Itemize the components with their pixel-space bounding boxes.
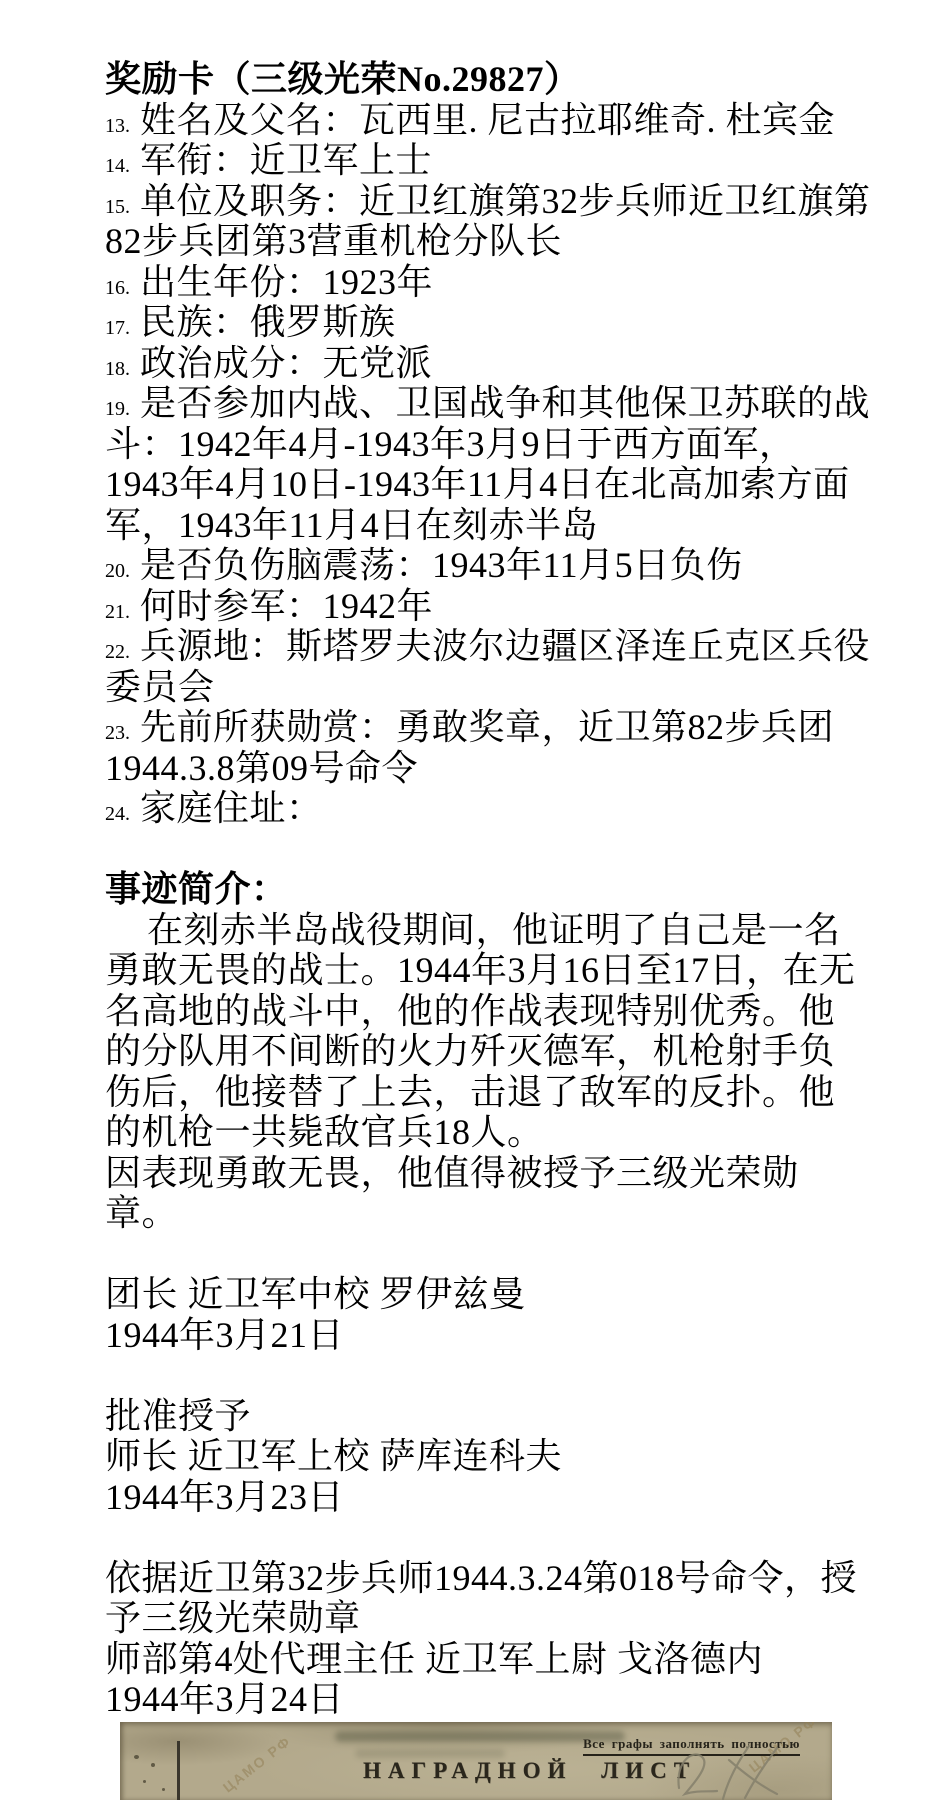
item-number: 24.: [105, 803, 130, 825]
paper-stain: [162, 1788, 165, 1791]
handwritten-mark: [665, 1742, 795, 1800]
text-line: [105, 829, 938, 870]
text-line: 伤后，他接替了上去，击退了敌军的反扑。他: [105, 1072, 938, 1113]
bleedthrough-smudge: [355, 1749, 505, 1758]
text-line: 军，1943年11月4日在刻赤半岛: [105, 505, 938, 546]
text-line: 22.兵源地：斯塔罗夫波尔边疆区泽连丘克区兵役: [105, 626, 938, 667]
text-line: 名高地的战斗中，他的作战表现特别优秀。他: [105, 991, 938, 1032]
text-line: 18.政治成分：无党派: [105, 343, 938, 384]
item-number: 22.: [105, 641, 130, 663]
text-line: [105, 1517, 938, 1558]
text-line: 21.何时参军：1942年: [105, 586, 938, 627]
text-line: 1944年3月23日: [105, 1477, 938, 1518]
text-line: 因表现勇敢无畏，他值得被授予三级光荣勋: [105, 1153, 938, 1194]
archive-watermark: ЦАМО РФ: [220, 1732, 294, 1795]
text-line: [105, 1234, 938, 1275]
text-line: 团长 近卫军中校 罗伊兹曼: [105, 1274, 938, 1315]
scanned-document-image: ЦАМО РФ ЦАМО РФ Все графы заполнять полн…: [120, 1722, 832, 1800]
item-number: 21.: [105, 601, 130, 623]
text-line: 13.姓名及父名：瓦西里. 尼古拉耶维奇. 杜宾金: [105, 100, 938, 141]
text-line: 15.单位及职务：近卫红旗第32步兵师近卫红旗第: [105, 181, 938, 222]
text-line: [105, 1355, 938, 1396]
text-line: 23.先前所获勋赏：勇敢奖章，近卫第82步兵团: [105, 707, 938, 748]
award-card-text: 奖励卡（三级光荣No.29827）13.姓名及父名：瓦西里. 尼古拉耶维奇. 杜…: [105, 59, 938, 1720]
text-line: 章。: [105, 1193, 938, 1234]
text-line: 20.是否负伤脑震荡：1943年11月5日负伤: [105, 545, 938, 586]
bleedthrough-smudge: [335, 1731, 625, 1742]
item-number: 15.: [105, 196, 130, 218]
text-line: 14.军衔：近卫军上士: [105, 140, 938, 181]
item-number: 13.: [105, 115, 130, 137]
item-number: 19.: [105, 398, 130, 420]
text-line: 予三级光荣勋章: [105, 1598, 938, 1639]
text-line: 17.民族：俄罗斯族: [105, 302, 938, 343]
text-line: 斗：1942年4月-1943年3月9日于西方面军，: [105, 424, 938, 465]
item-number: 16.: [105, 277, 130, 299]
paper-stain: [151, 1763, 155, 1767]
text-line: 24.家庭住址：: [105, 788, 938, 829]
text-line: 依据近卫第32步兵师1944.3.24第018号命令，授: [105, 1558, 938, 1599]
paper-stain: [143, 1780, 146, 1783]
text-line: 在刻赤半岛战役期间，他证明了自己是一名: [105, 910, 938, 951]
item-number: 17.: [105, 317, 130, 339]
paper-stain: [134, 1755, 139, 1759]
text-line: 勇敢无畏的战士。1944年3月16日至17日，在无: [105, 950, 938, 991]
text-line: 委员会: [105, 667, 938, 708]
item-number: 14.: [105, 155, 130, 177]
text-line: 师长 近卫军上校 萨库连科夫: [105, 1436, 938, 1477]
text-line: 的分队用不间断的火力歼灭德军，机枪射手负: [105, 1031, 938, 1072]
nagradnoy-list-title: НАГРАДНОЙ ЛИСТ: [363, 1758, 696, 1784]
text-line: 19.是否参加内战、卫国战争和其他保卫苏联的战: [105, 383, 938, 424]
item-number: 23.: [105, 722, 130, 744]
margin-line: [177, 1741, 180, 1800]
text-line: 1943年4月10日-1943年11月4日在北高加索方面: [105, 464, 938, 505]
item-number: 18.: [105, 358, 130, 380]
page: 奖励卡（三级光荣No.29827）13.姓名及父名：瓦西里. 尼古拉耶维奇. 杜…: [0, 0, 938, 1800]
text-line: 事迹简介：: [105, 869, 938, 910]
text-line: 批准授予: [105, 1396, 938, 1437]
text-line: 1944年3月21日: [105, 1315, 938, 1356]
text-line: 奖励卡（三级光荣No.29827）: [105, 59, 938, 100]
text-line: 师部第4处代理主任 近卫军上尉 戈洛德内: [105, 1639, 938, 1680]
item-number: 20.: [105, 560, 130, 582]
text-line: 的机枪一共毙敌官兵18人。: [105, 1112, 938, 1153]
text-line: 16.出生年份：1923年: [105, 262, 938, 303]
text-line: 1944年3月24日: [105, 1679, 938, 1720]
text-line: 82步兵团第3营重机枪分队长: [105, 221, 938, 262]
text-line: 1944.3.8第09号命令: [105, 748, 938, 789]
